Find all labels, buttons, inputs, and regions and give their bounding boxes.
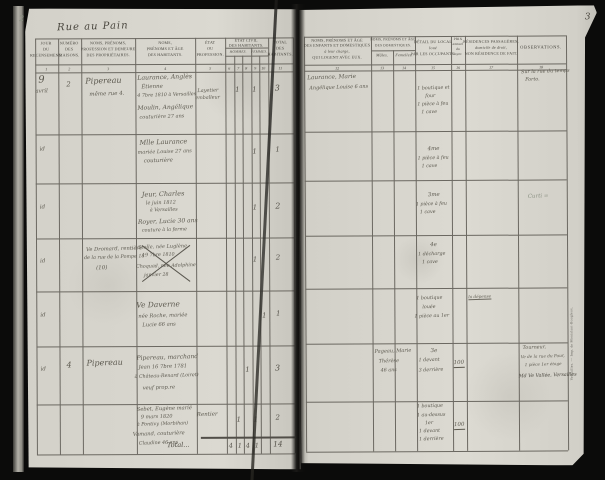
entry-house: 2: [66, 80, 71, 88]
grid-vline: [465, 36, 468, 451]
entry-inhabitant: à Pontivy (Morbihan): [137, 421, 188, 428]
entry-servant: Thérèse: [379, 358, 400, 365]
header-owners: NOMS, PRÉNOMS,: [90, 41, 126, 45]
entry-local-detail: 1 devant: [419, 429, 440, 435]
entry-owner: même rue 4.: [89, 91, 124, 98]
entry-children: Angélique Louise 6 ans: [309, 84, 368, 92]
right-page: 3 NOMS, PRÉNOMS ET ÂGE DES ENFANTS ET DO…: [299, 5, 599, 467]
col-num: 14: [402, 65, 406, 70]
totals-grand: 14: [273, 439, 283, 448]
grid-vline: [371, 36, 374, 451]
entry-inhabitant: à Versailles: [150, 208, 178, 214]
col-num: 12: [335, 66, 339, 71]
entry-inhabitant: 4 7bre 1810 à Versailles: [137, 92, 196, 99]
entry-observation: Ve de la rue du Four,: [521, 353, 565, 359]
header-observations: OBSERVATIONS.: [520, 45, 562, 50]
grid-hline: [36, 182, 294, 184]
book-page-edge: [13, 6, 24, 472]
entry-owner: (10): [96, 265, 107, 271]
grid-vline: [81, 38, 84, 454]
entry-inhabitant: née Roche, mariée: [138, 312, 187, 319]
pencil-annotation: Curti =: [528, 193, 549, 200]
street-title: Rue au Pain: [57, 20, 129, 33]
row-total: 3: [275, 83, 280, 92]
col-num: 3: [107, 66, 109, 71]
civil-count: 1: [253, 256, 258, 264]
entry-inhabitant: le juin 1812: [146, 200, 176, 207]
row-total: 3: [275, 363, 280, 372]
entry-day: id: [40, 146, 45, 152]
header-rent: annuel: [453, 42, 464, 46]
grid-hline: [36, 133, 294, 135]
header-profession: OU: [207, 47, 213, 51]
totals-count: 4: [229, 442, 233, 450]
residence-note: la dépense: [468, 293, 491, 300]
entry-inhabitant: couturière: [144, 158, 173, 165]
grid-vline: [242, 56, 245, 454]
entry-local-detail: 1 boutique: [416, 296, 442, 302]
rent-amount: 100: [454, 422, 465, 430]
grid-vline: [234, 56, 237, 454]
grid-hline: [305, 287, 567, 289]
entry-inhabitant: Moulin, Angélique: [137, 103, 193, 112]
civil-count: 1: [236, 416, 241, 424]
header-day: JOUR: [41, 41, 52, 45]
entry-inhabitant: Pipereau, marchand: [136, 353, 198, 362]
entry-inhabitant: Mlle Laurance: [139, 137, 187, 146]
entry-local-detail: 1 cave: [422, 164, 438, 169]
entry-inhabitant: Étienne: [141, 84, 163, 91]
totals-label: Total...: [167, 441, 190, 450]
entry-profession: Layetier: [197, 87, 218, 94]
crossed-out-mark: [136, 240, 196, 286]
entry-inhabitant: Jeur, Charles: [142, 189, 185, 198]
row-total: 2: [275, 201, 280, 210]
entry-local-detail: louée: [422, 305, 435, 310]
grid-hline: [305, 234, 567, 236]
entry-servant: Pageau, Marie: [375, 348, 412, 355]
col-num: 7: [237, 66, 239, 71]
col-num: 10: [261, 66, 265, 71]
header-house: NUMÉRO: [60, 41, 79, 45]
entry-inhabitant: 9 mars 1820: [141, 414, 173, 421]
grid-vline: [451, 36, 454, 451]
census-register-scan: 2 Rue au Pain JOUR DU RECENSEMENT.: [0, 0, 605, 480]
row-total: 1: [275, 145, 280, 153]
entry-local-detail: 1 pièce à feu: [416, 202, 447, 208]
col-num: 8: [245, 66, 247, 71]
entry-inhabitant: Ve Daverne: [136, 299, 180, 309]
header-residences: RÉSIDENCES PASSAGÈRES,: [463, 39, 518, 43]
header-day: DU: [43, 47, 49, 51]
header-inhabitants: DES HABITANTS.: [148, 53, 183, 57]
civil-count: 1: [252, 204, 257, 212]
entry-inhabitant: mariée Louise 27 ans: [138, 148, 192, 156]
header-profession: PROFESSION.: [197, 53, 224, 57]
col-num: 11: [278, 65, 282, 70]
entry-inhabitant: Lucie 66 ans: [142, 322, 176, 329]
grid-hline: [225, 56, 268, 57]
civil-count: 1: [262, 311, 267, 319]
entry-inhabitant: Vamand, couturière: [133, 430, 185, 438]
col-num: 4: [164, 66, 166, 71]
header-inhabitants: PRÉNOMS ET ÂGE: [147, 47, 184, 51]
binding-gutter-shadow: [291, 4, 305, 472]
printer-imprint: Versailles. — Imp. de Montalant-Bougleux…: [569, 240, 574, 380]
header-children: DES ENFANTS ET DOMESTIQUES: [304, 43, 371, 47]
grid-vline: [225, 38, 228, 454]
entry-inhabitant: à Château-Renard (Loiret): [135, 373, 199, 380]
col-num: 2: [68, 66, 70, 71]
grid-hline: [37, 453, 295, 455]
grid-hline: [225, 48, 268, 49]
row-total: 1: [276, 309, 281, 317]
header-detail: PAR LES OCCUPANTS.: [411, 51, 456, 55]
left-page: Rue au Pain JOUR DU RECENSEMENT. NUMÉRO: [25, 7, 301, 470]
entry-local-detail: 1 boutique et: [417, 86, 450, 92]
grid-vline: [58, 38, 61, 454]
col-num: 17: [489, 65, 493, 70]
entry-day: 9: [38, 74, 45, 85]
totals-count: 1: [238, 442, 242, 450]
header-civil-women: FEMMES.: [251, 51, 267, 55]
entry-owner: Pipereau: [86, 358, 123, 368]
col-num: 9: [254, 66, 256, 71]
header-owners: PROFESSION ET DEMEURE: [81, 47, 135, 51]
entry-local-detail: 1 cave: [422, 260, 438, 265]
header-owners: DES PROPRIÉTAIRES.: [87, 53, 130, 57]
civil-count: 1: [245, 366, 250, 374]
entry-local-detail: 3me: [428, 192, 440, 198]
entry-local-detail: 1 derrière: [419, 437, 444, 443]
entry-day: id: [40, 204, 45, 210]
entry-local-detail: 1 cave: [421, 110, 437, 115]
entry-local-detail: 4me: [427, 146, 439, 152]
grid-hline: [304, 130, 566, 132]
entry-local-detail: 1 au-dessus: [417, 413, 446, 419]
entry-local-detail: four: [425, 94, 435, 99]
header-rent: loyer.: [454, 52, 463, 56]
entry-local-detail: 1 boutique: [417, 404, 443, 410]
col-num: 13: [380, 65, 384, 70]
civil-count: 1: [235, 86, 240, 94]
entry-inhabitant: Royer, Lucie 30 ans: [138, 217, 198, 226]
grid-vline: [251, 48, 254, 454]
entry-observation: 1 pièce 1er étage: [525, 361, 562, 367]
entry-inhabitant: veuf prop.re: [143, 385, 176, 392]
entry-inhabitant: Jean 16 7bre 1781: [138, 363, 187, 370]
header-servants: DES DOMESTIQUES.: [375, 44, 411, 48]
entry-owner: Pipereau: [85, 76, 122, 86]
header-civil: DES HABITANTS.: [229, 44, 264, 48]
col-num: 16: [456, 65, 460, 70]
entry-inhabitant: Sebet, Eugène marié: [137, 405, 192, 413]
entry-local-detail: 1 pièce au 1er: [414, 314, 449, 320]
entry-local-detail: 1 cave: [420, 210, 436, 215]
entry-observation: Forto.: [525, 77, 540, 82]
entry-local-detail: 1er: [425, 421, 433, 426]
grid-vline: [415, 36, 418, 451]
entry-local-detail: 1 pièce à feu: [418, 156, 449, 162]
header-servants: NOMS, PRÉNOMS ET ÂGE: [370, 38, 416, 42]
grid-hline: [36, 290, 294, 292]
entry-day: id: [40, 258, 45, 264]
grid-hline: [306, 342, 568, 344]
entry-profession: Rentier: [197, 411, 218, 418]
header-residences: domicile de droit,: [475, 45, 507, 49]
grid-vline: [517, 36, 520, 451]
totals-count: 4: [246, 442, 250, 450]
grid-vline: [393, 50, 396, 451]
entry-local-detail: 4e: [430, 242, 437, 248]
header-servants-male: Mâles.: [376, 53, 388, 57]
col-num: 5: [209, 66, 211, 71]
grid-hline: [306, 400, 568, 402]
rent-amount: 100: [454, 360, 465, 368]
entry-inhabitant: Laurance, Anglès: [137, 73, 192, 82]
entry-inhabitant: couture à la ferme: [142, 227, 187, 233]
entry-day-month: avril: [35, 88, 48, 94]
grid-hline: [305, 179, 567, 181]
civil-count: 1: [252, 86, 257, 94]
left-page-number: 2: [19, 14, 24, 23]
header-house: MAISONS.: [59, 53, 80, 57]
entry-profession: emballeur: [195, 95, 220, 101]
entry-local-detail: 3 derrière: [419, 368, 444, 374]
entry-observation: Sur la rue du temps: [521, 69, 570, 76]
row-total: 2: [275, 413, 280, 421]
entry-servant: 46 ans: [381, 368, 397, 374]
col-num: 1: [45, 67, 47, 72]
civil-count: 1: [252, 148, 257, 156]
entry-owner: Ve Dromard, rentière: [86, 245, 142, 253]
right-page-number: 3: [585, 12, 591, 22]
grid-hline: [306, 450, 568, 452]
entry-day: id: [40, 312, 45, 318]
header-children: QUI LOGENT AVEC EUX.: [312, 55, 361, 59]
header-detail: DÉTAIL DU LOCAL: [414, 39, 452, 43]
header-inhabitants: NOMS,: [158, 41, 172, 45]
header-children: à leur charge,: [324, 50, 349, 54]
col-num: 15: [431, 65, 435, 70]
grid-vline: [35, 39, 38, 455]
grid-hline: [36, 345, 294, 347]
col-num: 6: [228, 66, 230, 71]
header-day: RECENSEMENT.: [30, 53, 62, 57]
header-civil-men: HOMMES.: [230, 51, 247, 55]
entry-house: 4: [66, 360, 71, 369]
entry-local-detail: 1 décharge: [418, 252, 445, 258]
header-rent: du: [456, 47, 460, 51]
entry-local-detail: 1 devant: [419, 358, 440, 364]
entry-local-detail: 1 pièce à feu: [417, 102, 448, 108]
entry-children: Laurance, Marie: [307, 74, 356, 82]
entry-inhabitant: couturière 27 ans: [139, 113, 184, 120]
header-residences: NON RÉSIDENCE DE FAIT.: [465, 51, 518, 55]
entry-observation: Tourneur,: [523, 345, 547, 351]
row-total: 2: [276, 253, 281, 261]
header-total: DES: [276, 46, 284, 50]
entry-local-detail: 3e: [431, 348, 438, 354]
entry-day: id: [40, 366, 45, 372]
header-detail: loué: [429, 46, 437, 50]
header-profession: ÉTAT: [205, 41, 215, 45]
header-house: DES: [65, 47, 73, 51]
